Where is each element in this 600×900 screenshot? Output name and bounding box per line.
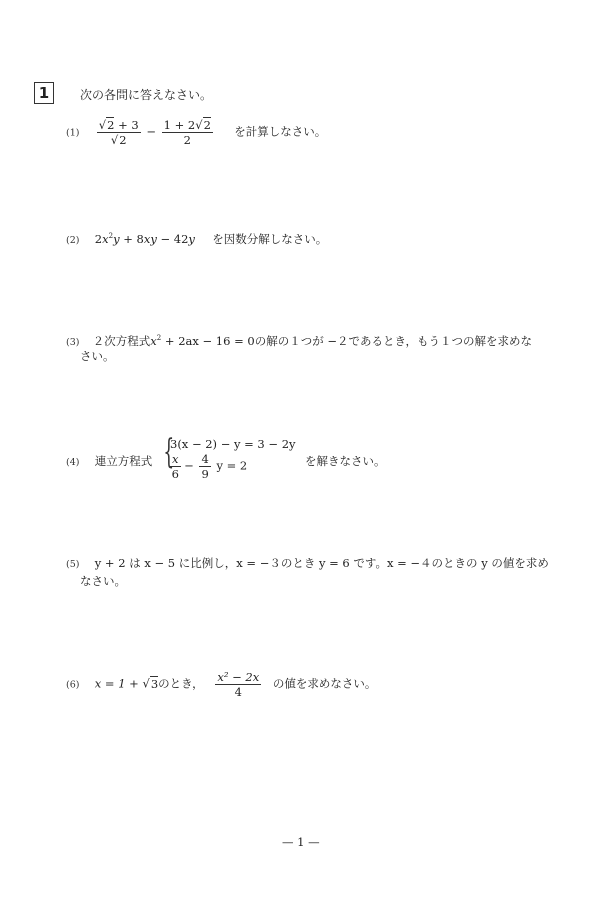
problem-5: (5) y + 2 は x − 5 に比例し，x = −３のとき y = 6 で… xyxy=(66,555,549,573)
math-expression: 2x2y + 8xy − 42y xyxy=(95,232,195,246)
problem-2: (2) 2x2y + 8xy − 42y を因数分解しなさい。 xyxy=(66,228,327,249)
fraction: √2 + 3 √2 xyxy=(97,118,141,147)
problem-4-text: を解きなさい。 xyxy=(305,453,386,469)
question-number-box: 1 xyxy=(34,82,54,104)
problem-3-line-2: さい。 xyxy=(80,348,115,364)
equation-1: 3(x − 2) − y = 3 − 2y xyxy=(170,436,296,452)
fraction: 1 + 2√2 2 xyxy=(162,118,213,147)
instruction-text: 次の各問に答えなさい。 xyxy=(80,86,212,103)
page-number: — 1 — xyxy=(282,835,320,849)
problem-1: (1) √2 + 3 √2 − 1 + 2√2 2 を計算しなさい。 xyxy=(66,118,326,147)
problem-6: (6) x = 1 + √3のとき， x² − 2x4 の値を求めなさい。 xyxy=(66,670,376,699)
problem-4-label: (4) 連立方程式 xyxy=(66,453,152,469)
problem-label: (1) xyxy=(66,128,79,139)
equation-2: x6 − 49 y = 2 xyxy=(170,452,247,481)
problem-text: を計算しなさい。 xyxy=(234,125,326,139)
problem-5-line-2: なさい。 xyxy=(80,573,126,589)
problem-3: (3) ２次方程式x2 + 2ax − 16 = 0の解の１つが −２であるとき… xyxy=(66,330,532,351)
